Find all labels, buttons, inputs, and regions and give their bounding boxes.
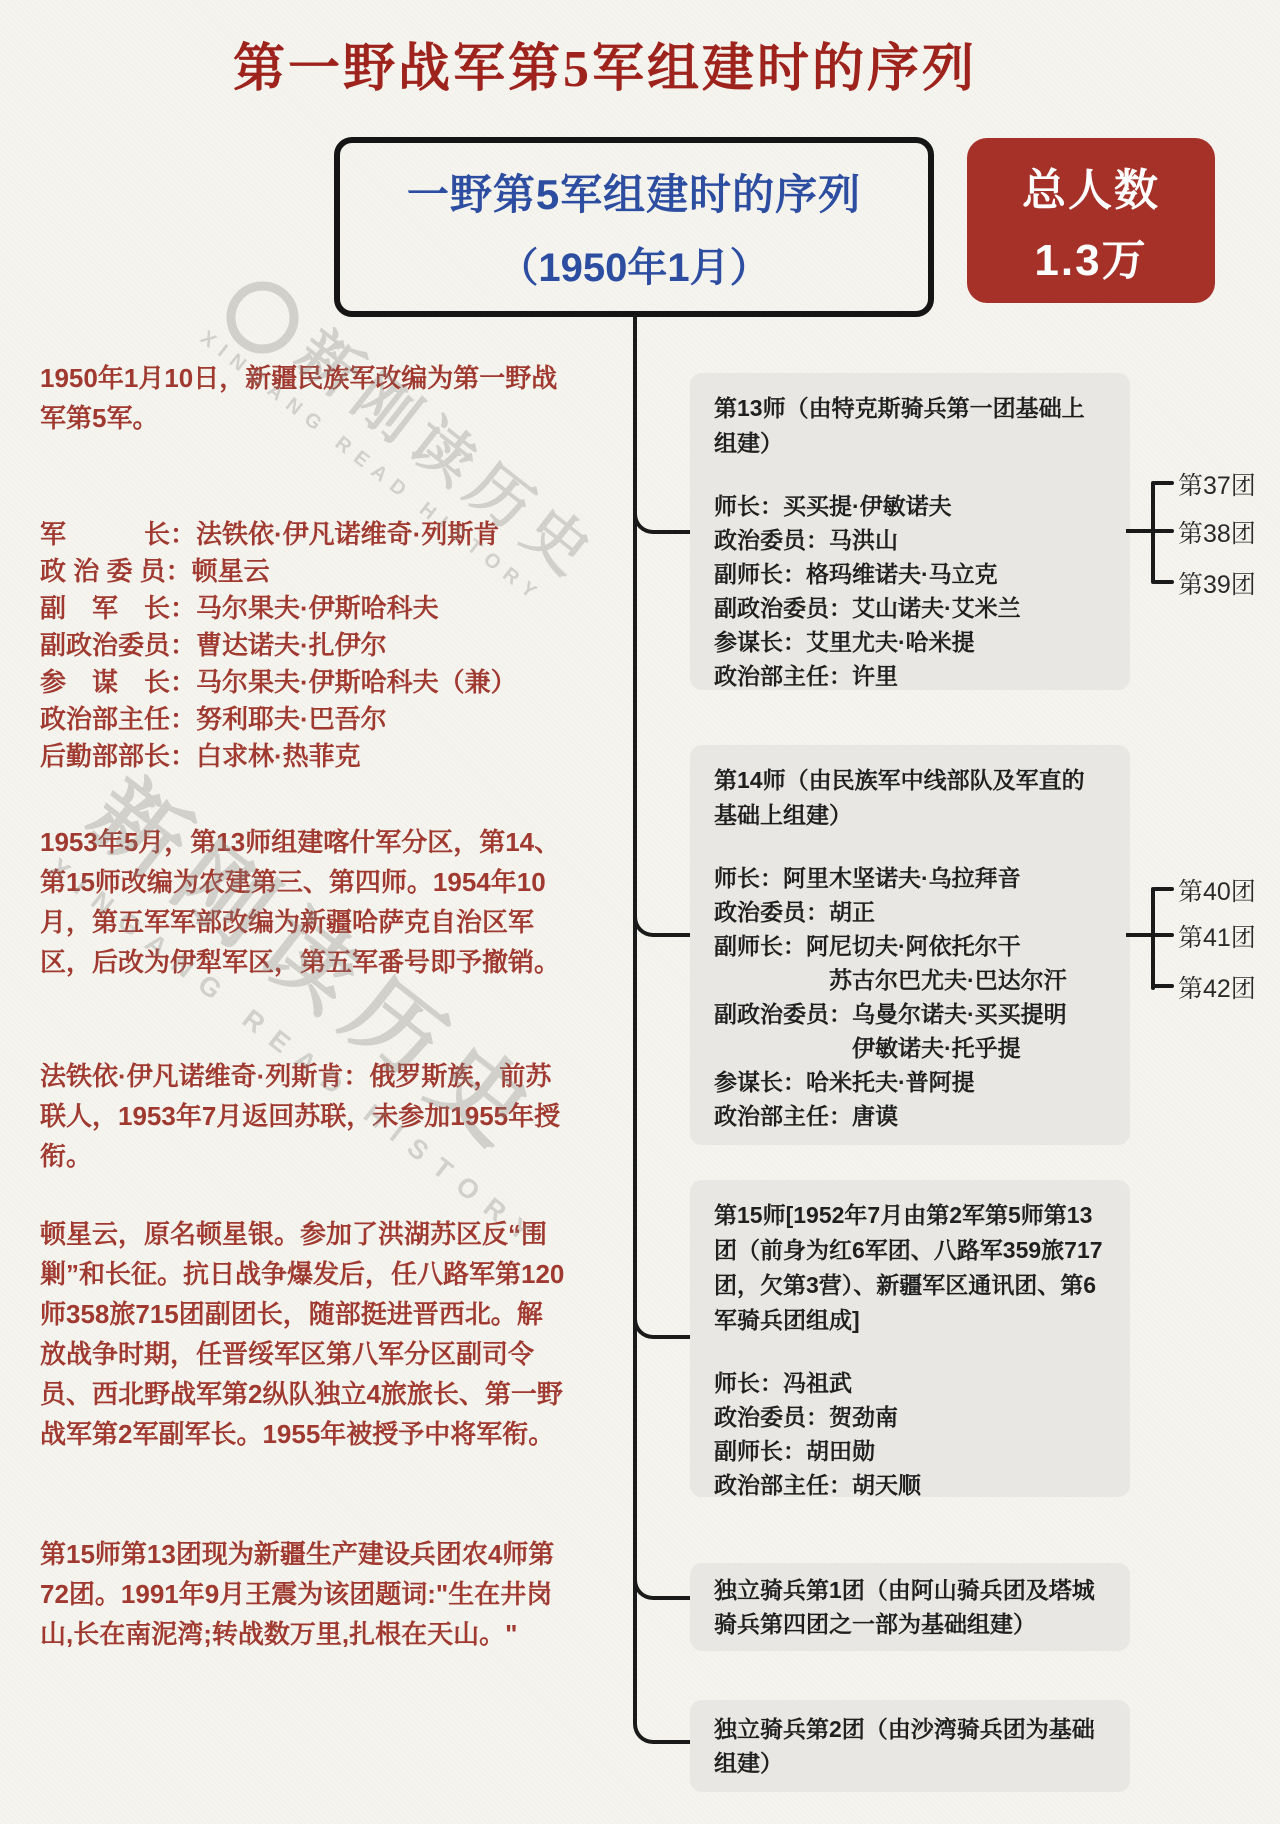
division-15-roster-line: 政治委员：贺劲南 bbox=[714, 1400, 1106, 1434]
poster-canvas: 第一野战军第5军组建时的序列 一野第5军组建时的序列 （1950年1月） 总人数… bbox=[0, 0, 1280, 1824]
branch-line-cav1 bbox=[633, 1558, 694, 1600]
division-14-roster-line: 副师长：阿尼切夫·阿依托尔干 bbox=[714, 929, 1106, 963]
division-14-roster-line: 政治委员：胡正 bbox=[714, 895, 1106, 929]
header-box-line1: 一野第5军组建时的序列 bbox=[407, 162, 861, 222]
paragraph-dunxingyun-bio: 顿星云，原名顿星银。参加了洪湖苏区反“围剿”和长征。抗日战争爆发后，任八路军第1… bbox=[40, 1214, 568, 1454]
division-15-title: 第15师[1952年7月由第2军第5师第13团（前身为红6军团、八路军359旅7… bbox=[714, 1198, 1106, 1338]
branch-line-div13 bbox=[633, 492, 694, 534]
regiment-label-37: 第37团 bbox=[1178, 466, 1256, 502]
army-roster: 军 长：法铁依·伊凡诺维奇·列斯肯 政 治 委 员：顿星云 副 军 长：马尔果夫… bbox=[40, 516, 580, 775]
division-13-roster-line: 政治部主任：许里 bbox=[714, 659, 1106, 693]
bracket-tick bbox=[1153, 529, 1174, 533]
division-13-roster-line: 副政治委员：艾山诺夫·艾米兰 bbox=[714, 591, 1106, 625]
division-14-roster-line: 伊敏诺夫·托乎提 bbox=[714, 1031, 1106, 1065]
division-14-roster-line: 政治部主任：唐谟 bbox=[714, 1099, 1106, 1133]
division-13-roster-line: 师长：买买提·伊敏诺夫 bbox=[714, 489, 1106, 523]
division-14-roster-line: 师长：阿里木坚诺夫·乌拉拜音 bbox=[714, 861, 1106, 895]
division-15-roster-line: 副师长：胡田勋 bbox=[714, 1434, 1106, 1468]
bracket-tick bbox=[1153, 887, 1174, 891]
army-roster-line: 政治部主任：努利耶夫·巴吾尔 bbox=[40, 701, 580, 738]
bracket-stub-div14 bbox=[1126, 933, 1153, 937]
bracket-tick bbox=[1153, 580, 1174, 584]
division-box-15: 第15师[1952年7月由第2军第5师第13团（前身为红6军团、八路军359旅7… bbox=[690, 1180, 1130, 1497]
paragraph-leskin-bio: 法铁依·伊凡诺维奇·列斯肯：俄罗斯族，前苏联人，1953年7月返回苏联，未参加1… bbox=[40, 1056, 568, 1176]
header-box: 一野第5军组建时的序列 （1950年1月） bbox=[334, 137, 934, 317]
regiment-label-38: 第38团 bbox=[1178, 514, 1256, 550]
division-14-roster-line: 副政治委员：乌曼尔诺夫·买买提明 bbox=[714, 997, 1106, 1031]
division-13-roster-line: 政治委员：马洪山 bbox=[714, 523, 1106, 557]
watermark-middle: 新刚读历史 XINGANG READ HISTORY bbox=[43, 742, 634, 1256]
page-title: 第一野战军第5军组建时的序列 bbox=[0, 26, 1210, 101]
watermark-logo-icon bbox=[212, 267, 313, 368]
bracket-line-div14 bbox=[1151, 887, 1155, 990]
badge-value: 1.3万 bbox=[1034, 224, 1147, 288]
regiment-label-39: 第39团 bbox=[1178, 565, 1256, 601]
division-14-roster-line: 参谋长：哈米托夫·普阿提 bbox=[714, 1065, 1106, 1099]
branch-line-div14 bbox=[633, 895, 694, 937]
paragraph-regiment13-note: 第15师第13团现为新疆生产建设兵团农4师第72团。1991年9月王震为该团题词… bbox=[40, 1534, 568, 1654]
regiment-label-40: 第40团 bbox=[1178, 872, 1256, 908]
army-roster-line: 参 谋 长：马尔果夫·伊斯哈科夫（兼） bbox=[40, 664, 580, 701]
cavalry-regiment-2-box: 独立骑兵第2团（由沙湾骑兵团为基础组建） bbox=[690, 1700, 1130, 1792]
regiment-label-41: 第41团 bbox=[1178, 918, 1256, 954]
army-roster-line: 副政治委员：曹达诺夫·扎伊尔 bbox=[40, 627, 580, 664]
division-box-13: 第13师（由特克斯骑兵第一团基础上组建） 师长：买买提·伊敏诺夫 政治委员：马洪… bbox=[690, 373, 1130, 690]
division-13-roster-line: 参谋长：艾里尤夫·哈米提 bbox=[714, 625, 1106, 659]
division-13-title: 第13师（由特克斯骑兵第一团基础上组建） bbox=[714, 391, 1106, 461]
cavalry-regiment-1-box: 独立骑兵第1团（由阿山骑兵团及塔城骑兵第四团之一部为基础组建） bbox=[690, 1563, 1130, 1651]
army-roster-line: 政 治 委 员：顿星云 bbox=[40, 553, 580, 590]
division-box-14: 第14师（由民族军中线部队及军直的基础上组建） 师长：阿里木坚诺夫·乌拉拜音 政… bbox=[690, 745, 1130, 1145]
bracket-stub-div13 bbox=[1126, 529, 1153, 533]
division-15-roster-line: 师长：冯祖武 bbox=[714, 1366, 1106, 1400]
branch-line-div15 bbox=[633, 1297, 694, 1339]
badge-label: 总人数 bbox=[1022, 154, 1160, 218]
paragraph-reorg-history: 1953年5月，第13师组建喀什军分区，第14、第15师改编为农建第三、第四师。… bbox=[40, 822, 568, 982]
total-strength-badge: 总人数 1.3万 bbox=[967, 138, 1215, 303]
division-14-title: 第14师（由民族军中线部队及军直的基础上组建） bbox=[714, 763, 1106, 833]
branch-line-cav2 bbox=[633, 1702, 694, 1744]
army-roster-line: 军 长：法铁依·伊凡诺维奇·列斯肯 bbox=[40, 516, 580, 553]
bracket-tick bbox=[1153, 481, 1174, 485]
paragraph-formation: 1950年1月10日，新疆民族军改编为第一野战军第5军。 bbox=[40, 358, 568, 438]
bracket-tick bbox=[1153, 933, 1174, 937]
regiment-label-42: 第42团 bbox=[1178, 969, 1256, 1005]
division-15-roster-line: 政治部主任：胡天顺 bbox=[714, 1468, 1106, 1502]
header-box-line2: （1950年1月） bbox=[498, 236, 769, 293]
army-roster-line: 副 军 长：马尔果夫·伊斯哈科夫 bbox=[40, 590, 580, 627]
division-13-roster-line: 副师长：格玛维诺夫·马立克 bbox=[714, 557, 1106, 591]
division-14-roster-line: 苏古尔巴尤夫·巴达尔汗 bbox=[714, 963, 1106, 997]
army-roster-line: 后勤部部长：白求林·热菲克 bbox=[40, 738, 580, 775]
cavalry-regiment-2-title: 独立骑兵第2团（由沙湾骑兵团为基础组建） bbox=[714, 1712, 1106, 1780]
cavalry-regiment-1-title: 独立骑兵第1团（由阿山骑兵团及塔城骑兵第四团之一部为基础组建） bbox=[714, 1573, 1106, 1641]
bracket-tick bbox=[1153, 984, 1174, 988]
